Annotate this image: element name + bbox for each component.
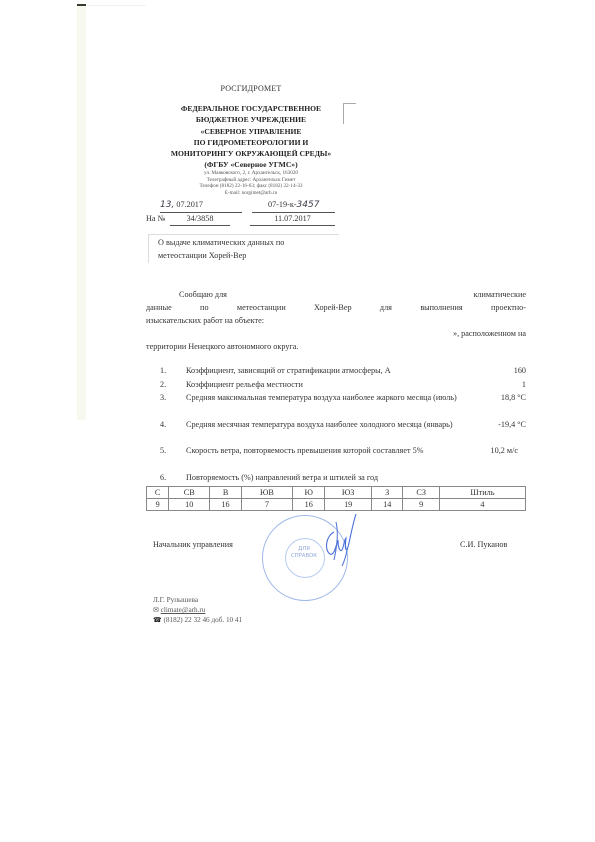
table-header-cell: ЮЗ <box>325 487 372 499</box>
item-value: 18,8 °С <box>501 393 526 404</box>
org-line: МОНИТОРИНГУ ОКРУЖАЮЩЕЙ СРЕДЫ» <box>131 148 371 159</box>
item-5: 5. Скорость ветра, повторяемость превыше… <box>146 446 526 468</box>
item-text: Коэффициент рельефа местности <box>186 380 456 391</box>
table-header-cell: Штиль <box>439 487 525 499</box>
contact-phone: (8182) 22 32 46 доб. 10 41 <box>164 616 243 624</box>
item-1: 1. Коэффициент, зависящий от стратификац… <box>146 366 526 377</box>
reference-number: 34/3858 <box>170 214 230 226</box>
item-3: 3. Средняя максимальная температура возд… <box>146 393 526 415</box>
item-number: 2. <box>160 380 166 391</box>
item-text: Скорость ветра, повторяемость превышения… <box>186 446 426 457</box>
table-header-cell: З <box>371 487 403 499</box>
item-number: 4. <box>160 420 166 431</box>
org-line: БЮДЖЕТНОЕ УЧРЕЖДЕНИЕ <box>131 114 371 125</box>
item-number: 6. <box>160 473 166 484</box>
item-value: 1 <box>522 380 526 391</box>
table-row: 9 10 16 7 16 19 14 9 4 <box>147 499 526 511</box>
table-header-cell: В <box>210 487 242 499</box>
table-cell: 7 <box>241 499 292 511</box>
contact-phone-row: ☎ (8182) 22 32 46 доб. 10 41 <box>153 615 242 625</box>
organization-address: ул. Маяковского, 2, г. Архангельск, 1630… <box>131 170 371 196</box>
item-number: 5. <box>160 446 166 457</box>
table-header-cell: С <box>147 487 169 499</box>
org-line: ФЕДЕРАЛЬНОЕ ГОСУДАРСТВЕННОЕ <box>131 103 371 114</box>
address-line: Телефон (8182) 22-16-63; факс (8182) 22-… <box>131 183 371 190</box>
item-value: 160 <box>514 366 526 377</box>
signer-name: С.И. Пуканов <box>460 540 507 549</box>
envelope-icon: ✉ <box>153 606 159 614</box>
table-header-cell: Ю <box>293 487 325 499</box>
table-header-cell: СЗ <box>403 487 439 499</box>
addressee-corner-mark <box>343 103 356 124</box>
subject-line: метеостанции Хорей-Вер <box>158 250 284 263</box>
item-text: Средняя месячная температура воздуха наи… <box>186 420 476 431</box>
item-4: 4. Средняя месячная температура воздуха … <box>146 420 526 442</box>
org-line: ПО ГИДРОМЕТЕОРОЛОГИИ И <box>131 137 371 148</box>
subject-line: О выдаче климатических данных по <box>158 237 284 250</box>
contact-email-row: ✉ climate@arh.ru <box>153 605 205 615</box>
date-rest: 07.2017 <box>176 200 203 209</box>
item-text: Повторяемость (%) направлений ветра и шт… <box>186 473 456 484</box>
table-cell: 10 <box>169 499 210 511</box>
table-header-cell: СВ <box>169 487 210 499</box>
table-header-cell: ЮВ <box>241 487 292 499</box>
date-day-handwritten: 13, <box>160 200 174 210</box>
outgoing-number-field: 07-19-к-3457 <box>252 200 335 213</box>
table-header-row: С СВ В ЮВ Ю ЮЗ З СЗ Штиль <box>147 487 526 499</box>
handwritten-signature <box>318 510 358 568</box>
table-cell: 16 <box>210 499 242 511</box>
telephone-icon: ☎ <box>153 616 162 624</box>
contact-email-link[interactable]: climate@arh.ru <box>161 606 206 614</box>
body-text: Сообщаю для <box>179 290 227 299</box>
table-cell: 9 <box>147 499 169 511</box>
reference-date: 11.07.2017 <box>250 214 335 226</box>
scan-edge-strip <box>77 5 86 420</box>
scan-edge-mark <box>77 4 86 6</box>
item-text: Коэффициент, зависящий от стратификации … <box>186 366 486 377</box>
table-cell: 19 <box>325 499 372 511</box>
reference-label: На № <box>146 214 165 223</box>
subject: О выдаче климатических данных по метеост… <box>158 237 284 262</box>
wind-frequency-table: С СВ В ЮВ Ю ЮЗ З СЗ Штиль 9 10 16 7 16 1… <box>146 486 526 511</box>
signer-position: Начальник управления <box>153 540 233 549</box>
body-line-5: территории Ненецкого автономного округа. <box>146 340 526 355</box>
table-cell: 4 <box>439 499 525 511</box>
contact-name: Л.Г. Рупышева <box>153 595 198 605</box>
item-number: 3. <box>160 393 166 404</box>
organization-name: ФЕДЕРАЛЬНОЕ ГОСУДАРСТВЕННОЕ БЮДЖЕТНОЕ УЧ… <box>131 103 371 171</box>
table-cell: 9 <box>403 499 439 511</box>
scan-top-line <box>86 5 146 6</box>
item-number: 1. <box>160 366 166 377</box>
outgoing-prefix: 07-19-к- <box>268 200 297 209</box>
item-6: 6. Повторяемость (%) направлений ветра и… <box>146 473 526 484</box>
item-value: 10,2 м/с <box>491 446 518 457</box>
org-line: «СЕВЕРНОЕ УПРАВЛЕНИЕ <box>131 126 371 137</box>
address-line: E-mail: norgimet@arh.ru <box>131 190 371 197</box>
table-cell: 16 <box>293 499 325 511</box>
outgoing-number-handwritten: 3457 <box>297 200 320 210</box>
table-cell: 14 <box>371 499 403 511</box>
item-text: Средняя максимальная температура воздуха… <box>186 393 469 404</box>
address-line: ул. Маяковского, 2, г. Архангельск, 1630… <box>131 170 371 177</box>
item-2: 2. Коэффициент рельефа местности 1 <box>146 380 526 391</box>
agency-name: РОСГИДРОМЕТ <box>131 84 371 93</box>
outgoing-date-field: 13, 07.2017 <box>160 200 242 213</box>
item-value: -19,4 °С <box>498 420 526 431</box>
